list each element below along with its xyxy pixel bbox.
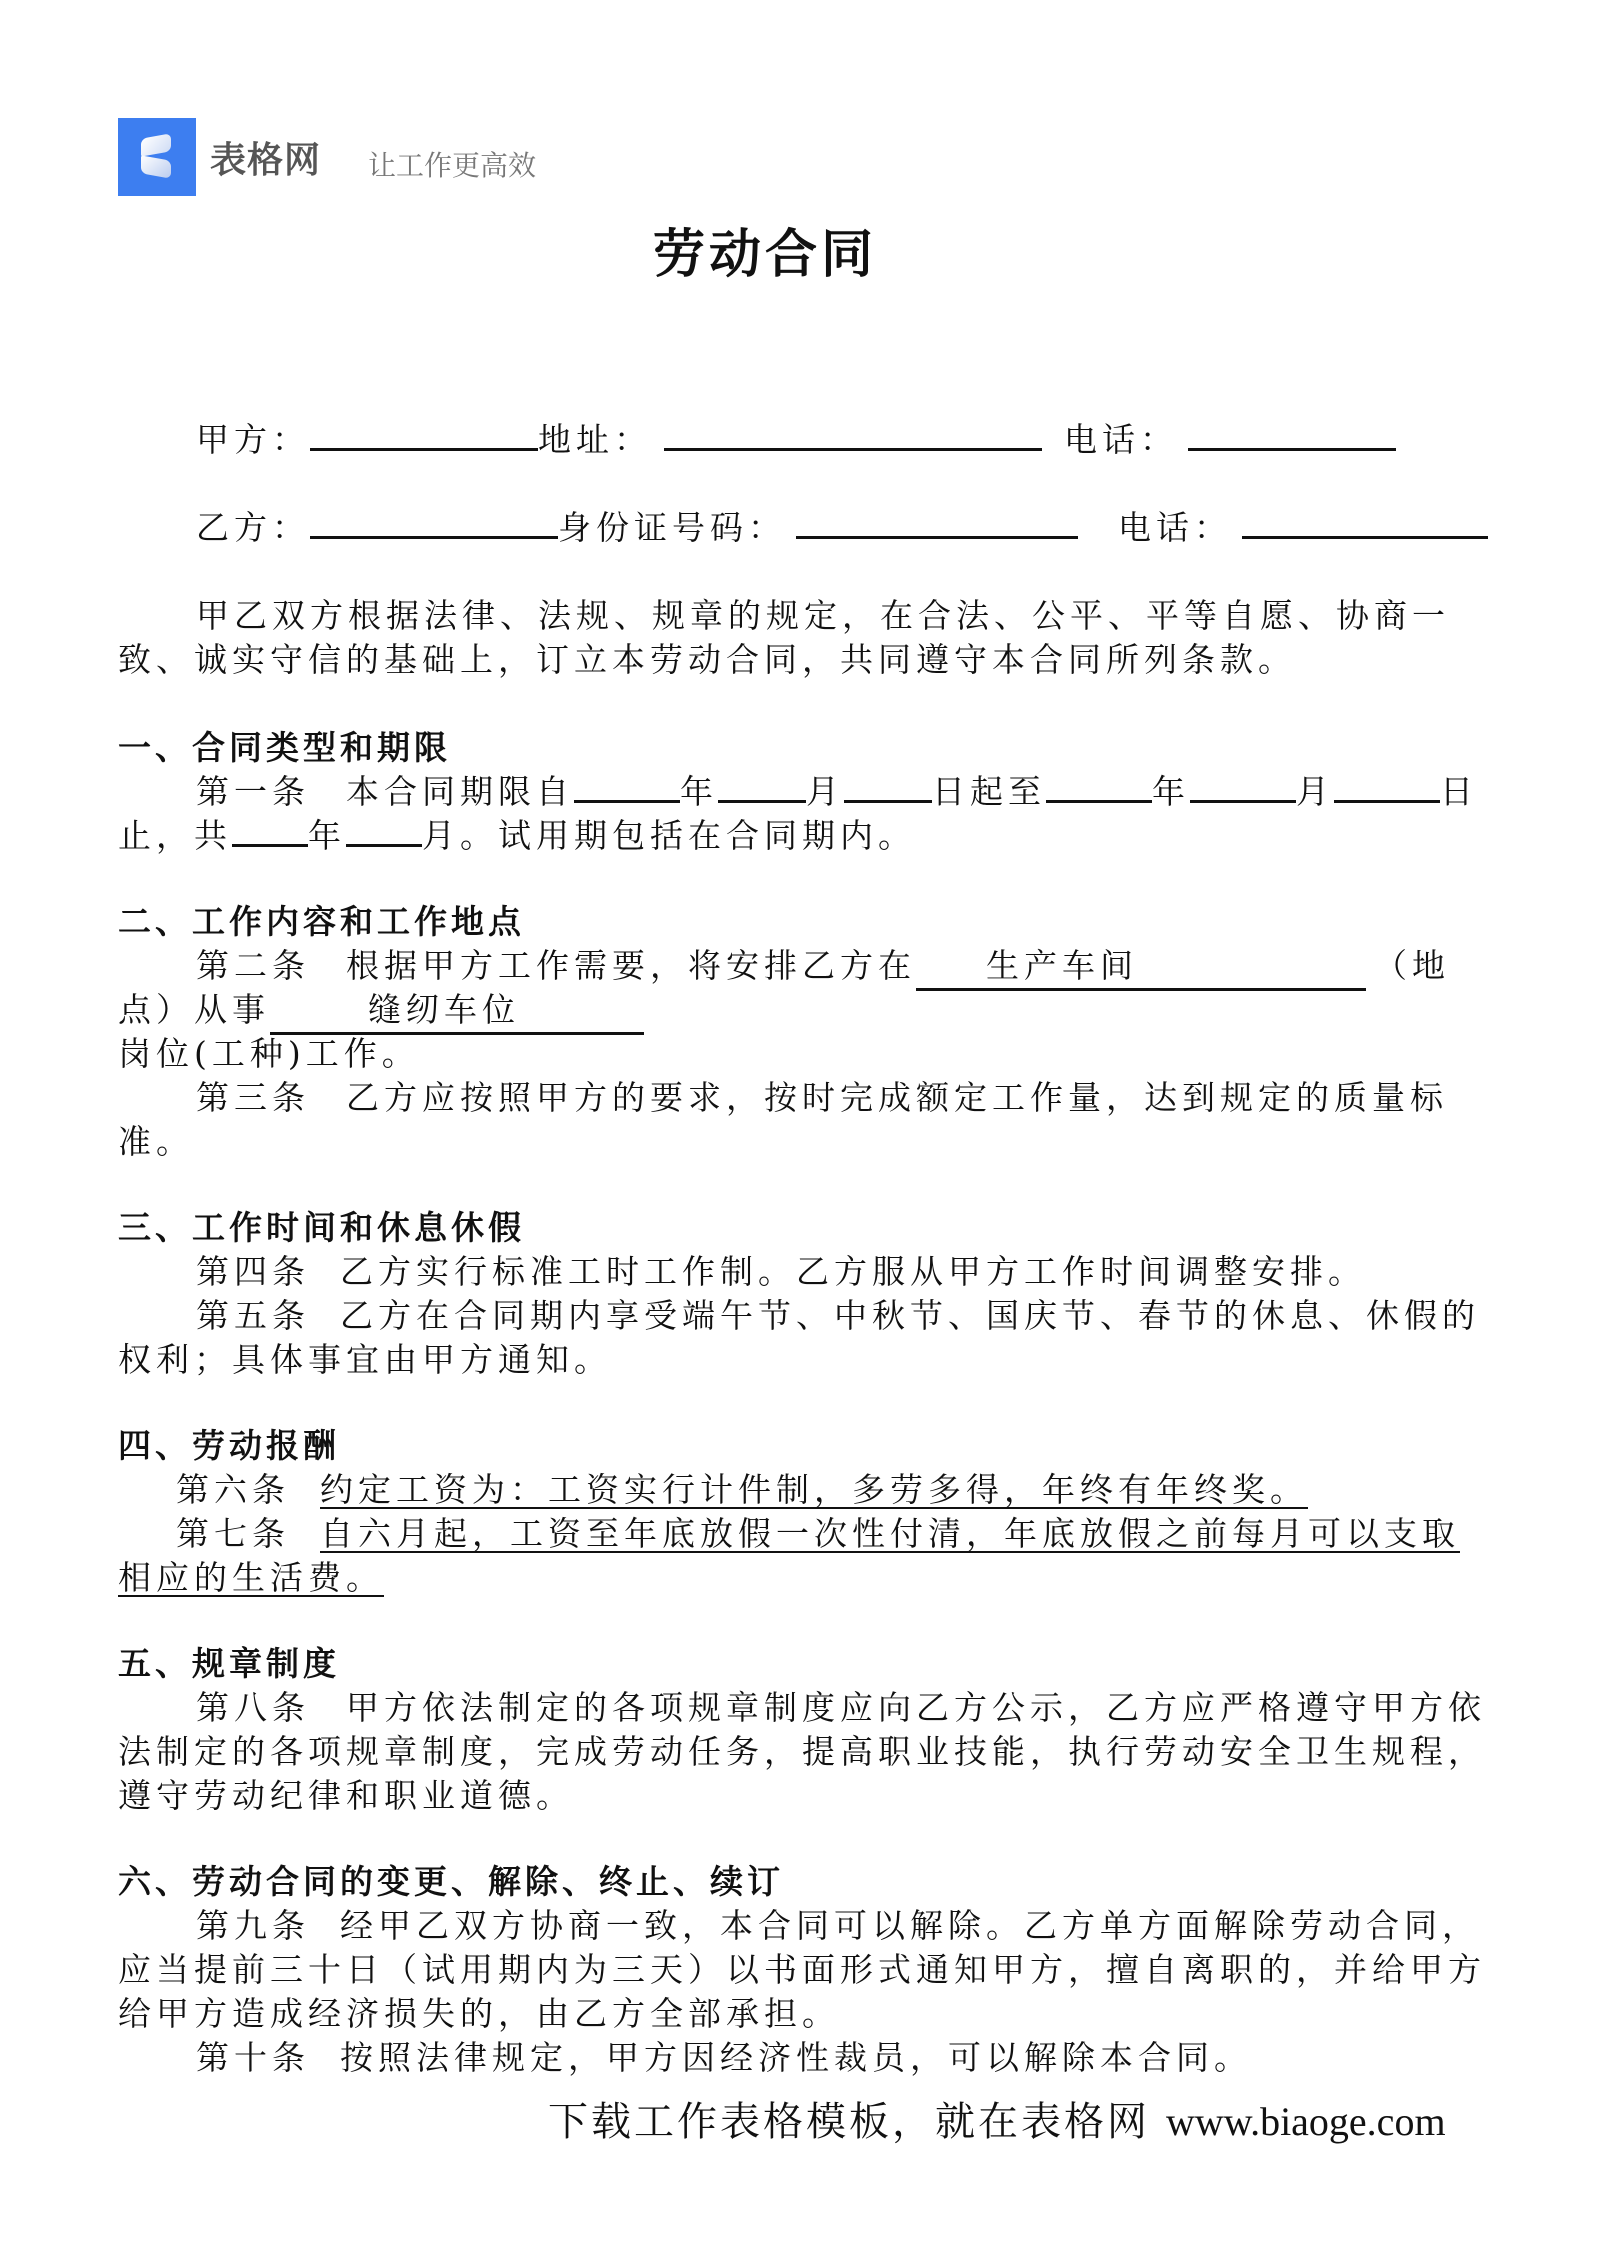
party-a-field[interactable] [310,418,538,451]
article-9-line-2: 应当提前三十日（试用期内为三天）以书面形式通知甲方，擅自离职的，并给甲方 [118,1948,1486,1992]
section-4-heading: 四、劳动报酬 [118,1424,340,1468]
footer-text: 下载工作表格模板，就在表格网 [548,2099,1150,2145]
start-year-field[interactable] [574,770,680,803]
article-6-label: 第六条 [176,1470,290,1509]
article-6: 第六条约定工资为：工资实行计件制，多劳多得，年终有年终奖。 [176,1468,1308,1512]
section-5-heading: 五、规章制度 [118,1642,340,1686]
article-1-label: 第一条 [196,772,310,811]
article-9-line-3: 给甲方造成经济损失的，由乙方全部承担。 [118,1992,840,2036]
article-8-line-3: 遵守劳动纪律和职业道德。 [118,1774,574,1818]
article-4: 第四条乙方实行标准工时工作制。乙方服从甲方工作时间调整安排。 [196,1250,1366,1294]
document-title: 劳动合同 [0,212,1530,287]
section-3-heading: 三、工作时间和休息休假 [118,1206,525,1250]
article-9-text: 经甲乙双方协商一致，本合同可以解除。乙方单方面解除劳动合同， [340,1906,1480,1945]
start-month-field[interactable] [718,770,806,803]
brand-name: 表格网 [210,132,321,183]
brand-logo [118,118,196,196]
article-8-line-2: 法制定的各项规章制度，完成劳动任务，提高职业技能，执行劳动安全卫生规程， [118,1730,1486,1774]
workplace-field[interactable]: 生产车间 [916,944,1366,991]
address-field[interactable] [664,418,1042,451]
article-3: 第三条乙方应按照甲方的要求，按时完成额定工作量，达到规定的质量标 [196,1076,1448,1120]
section-6-heading: 六、劳动合同的变更、解除、终止、续订 [118,1860,784,1904]
wage-terms: 约定工资为：工资实行计件制，多劳多得，年终有年终奖。 [320,1470,1308,1509]
article-1-line-2: 止，共年月。试用期包括在合同期内。 [118,814,916,858]
total-months-field[interactable] [346,814,422,847]
party-b-row: 乙方：身份证号码：电话： [196,506,1488,550]
article-1-text: 本合同期限自 [346,772,574,811]
from-to-label: 日起至 [932,772,1046,811]
month-label: 月 [1296,772,1334,811]
article-7: 第七条自六月起，工资至年底放假一次性付清，年底放假之前每月可以支取 [176,1512,1460,1556]
article-8-text: 甲方依法制定的各项规章制度应向乙方公示，乙方应严格遵守甲方依 [346,1688,1486,1727]
position-field[interactable]: 缝纫车位 [270,988,644,1035]
phone-field-b[interactable] [1242,506,1488,539]
article-8-label: 第八条 [196,1688,310,1727]
section-1-heading: 一、合同类型和期限 [118,726,451,770]
article-2-after: （地 [1374,946,1450,985]
party-a-label: 甲方： [196,420,310,459]
party-b-field[interactable] [310,506,558,539]
end-month-field[interactable] [1190,770,1296,803]
day-label: 日 [1440,772,1478,811]
article-10: 第十条按照法律规定，甲方因经济性裁员，可以解除本合同。 [196,2036,1252,2080]
brand-slogan: 让工作更高效 [368,144,536,184]
article-5: 第五条乙方在合同期内享受端午节、中秋节、国庆节、春节的休息、休假的 [196,1294,1480,1338]
article-3-line-2: 准。 [118,1120,194,1164]
logo-icon [137,134,177,180]
article-10-text: 按照法律规定，甲方因经济性裁员，可以解除本合同。 [340,2038,1252,2077]
id-label: 身份证号码： [558,508,786,547]
id-number-field[interactable] [796,506,1078,539]
section-2-heading: 二、工作内容和工作地点 [118,900,525,944]
start-day-field[interactable] [844,770,932,803]
article-5-text: 乙方在合同期内享受端午节、中秋节、国庆节、春节的休息、休假的 [340,1296,1480,1335]
article-9-label: 第九条 [196,1906,310,1945]
total-label: 止，共 [118,816,232,855]
phone-label-b: 电话： [1118,508,1232,547]
phone-field-a[interactable] [1188,418,1396,451]
article-10-label: 第十条 [196,2038,310,2077]
article-9: 第九条经甲乙双方协商一致，本合同可以解除。乙方单方面解除劳动合同， [196,1904,1480,1948]
article-2: 第二条根据甲方工作需要，将安排乙方在生产车间（地 [196,944,1450,991]
year-label: 年 [308,816,346,855]
phone-label-a: 电话： [1064,420,1178,459]
total-years-field[interactable] [232,814,308,847]
article-7-line-2: 相应的生活费。 [118,1556,384,1600]
footer-url[interactable]: www.biaoge.com [1166,2099,1446,2144]
article-8: 第八条甲方依法制定的各项规章制度应向乙方公示，乙方应严格遵守甲方依 [196,1686,1486,1730]
article-7-label: 第七条 [176,1514,290,1553]
article-2-line-2: 点）从事缝纫车位 [118,988,644,1035]
month-label: 月 [806,772,844,811]
probation-note: 月。试用期包括在合同期内。 [422,816,916,855]
article-3-text: 乙方应按照甲方的要求，按时完成额定工作量，达到规定的质量标 [346,1078,1448,1117]
year-label: 年 [1152,772,1190,811]
end-day-field[interactable] [1334,770,1440,803]
article-1: 第一条本合同期限自年月日起至年月日 [196,770,1478,814]
year-label: 年 [680,772,718,811]
footer-banner: 下载工作表格模板，就在表格网www.biaoge.com [548,2090,1446,2147]
article-2-label: 第二条 [196,946,310,985]
payment-terms: 自六月起，工资至年底放假一次性付清，年底放假之前每月可以支取 [320,1514,1460,1553]
party-b-label: 乙方： [196,508,310,547]
article-4-text: 乙方实行标准工时工作制。乙方服从甲方工作时间调整安排。 [340,1252,1366,1291]
article-2-text: 根据甲方工作需要，将安排乙方在 [346,946,916,985]
article-5-line-2: 权利；具体事宜由甲方通知。 [118,1338,612,1382]
address-label: 地址： [538,420,652,459]
intro-line-2: 致、诚实守信的基础上，订立本劳动合同，共同遵守本合同所列条款。 [118,638,1296,682]
engage-in-label: 点）从事 [118,990,270,1029]
article-2-line-3: 岗位(工种)工作。 [118,1032,420,1076]
article-3-label: 第三条 [196,1078,310,1117]
party-a-row: 甲方：地址：电话： [196,418,1396,462]
article-4-label: 第四条 [196,1252,310,1291]
end-year-field[interactable] [1046,770,1152,803]
article-5-label: 第五条 [196,1296,310,1335]
intro-line-1: 甲乙双方根据法律、法规、规章的规定，在合法、公平、平等自愿、协商一 [196,594,1450,638]
